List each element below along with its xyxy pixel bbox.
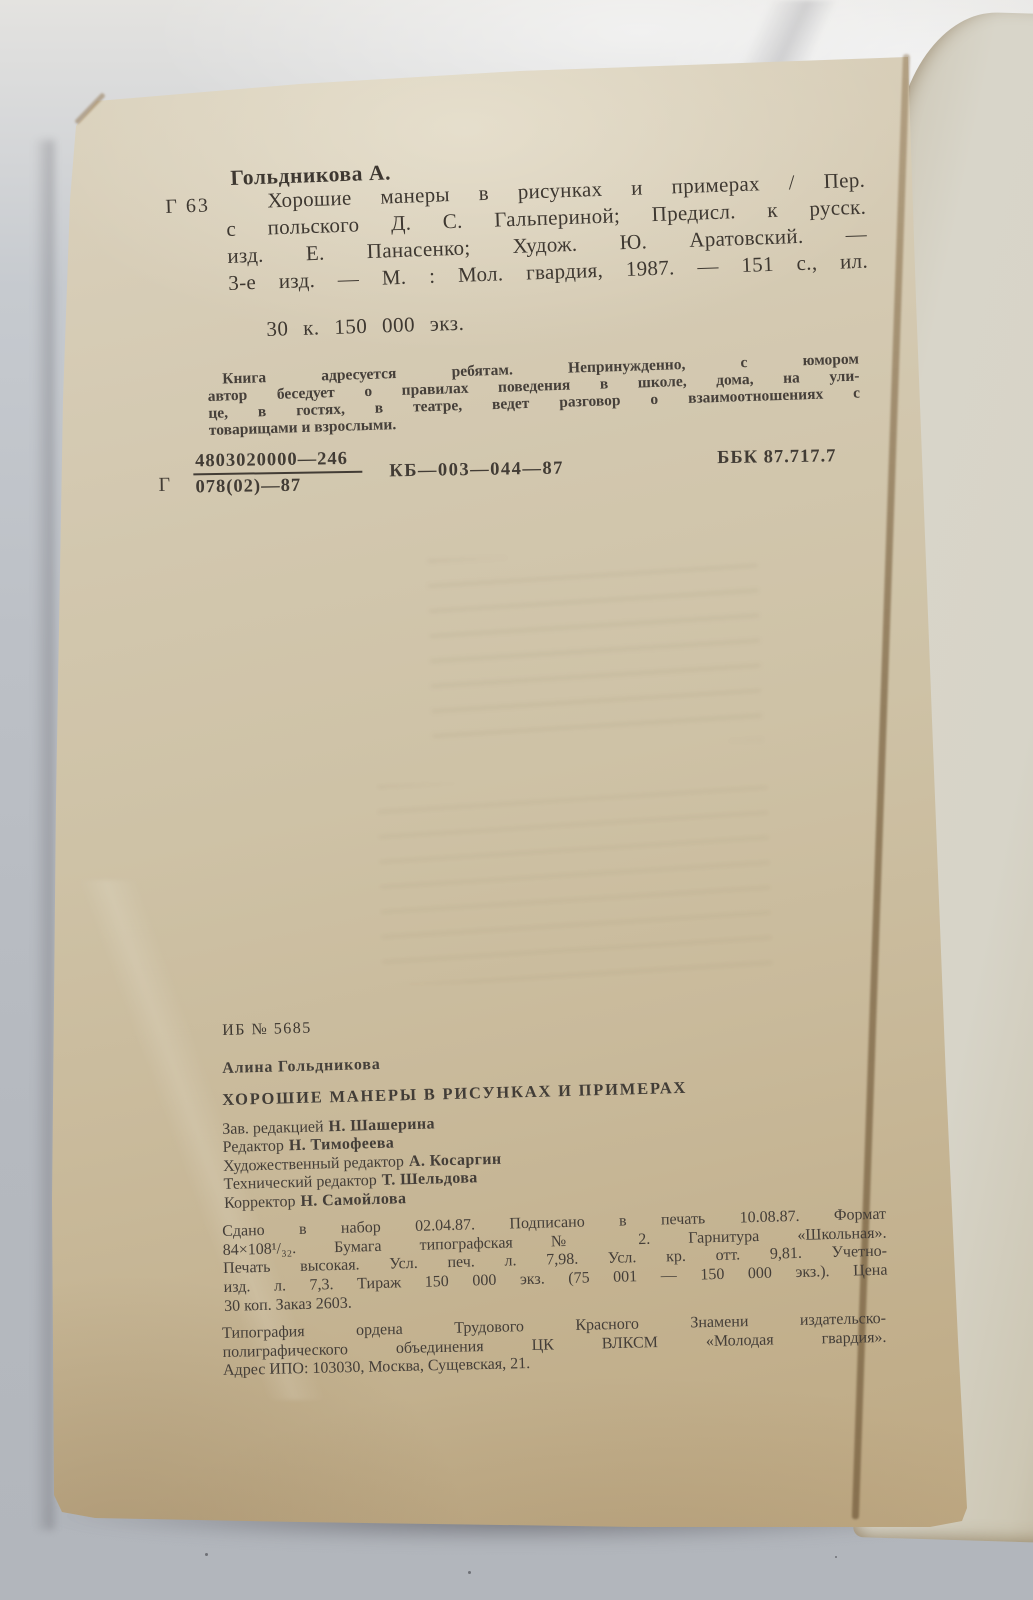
catalog-codes-row: Г 4803020000—246 078(02)—87 КБ—003—044—8… [155,441,876,508]
dust-speck [468,1571,471,1574]
catalog-fraction: 4803020000—246 078(02)—87 [193,449,362,499]
catalog-letter: Г [158,474,170,497]
photo-surface: Гольдникова А. Г 63 Хорошие манеры в рис… [0,0,1033,1600]
staff-role: Зав. редакцией [222,1118,324,1138]
staff-list: Зав. редакциейН. Шашерина РедакторН. Тим… [222,1114,503,1213]
dust-speck [835,1556,837,1558]
dust-speck [205,1553,208,1556]
staff-name: А. Косаргин [409,1151,502,1170]
staff-role: Редактор [222,1138,284,1157]
book-photo: { "colors": { "paper_light": "#dbd3bf", … [0,0,1033,1600]
bbk-code: ББК 87.717.7 [717,446,837,469]
catalog-index-code: Г 63 [165,194,210,219]
staff-role: Технический редактор [223,1172,377,1193]
staff-name: Н. Шашерина [328,1115,435,1135]
staff-role: Корректор [224,1193,296,1212]
kb-code: КБ—003—044—87 [389,459,564,483]
show-through-text-lower [377,775,772,986]
fraction-denominator: 078(02)—87 [193,473,362,499]
fraction-numerator: 4803020000—246 [193,449,362,476]
show-through-text-upper [427,550,762,749]
staff-name: Т. Шельдова [382,1170,478,1190]
print-details: Сдано в набор 02.04.87. Подписано в печа… [222,1206,888,1317]
bibliographic-description: Хорошие манеры в рисунках и примерах / П… [225,167,868,297]
staff-name: Н. Тимофеева [289,1135,395,1155]
ib-number: ИБ № 5685 [222,1020,312,1040]
page-shadow-left [34,140,54,1530]
staff-name: Н. Самойлова [300,1190,406,1210]
